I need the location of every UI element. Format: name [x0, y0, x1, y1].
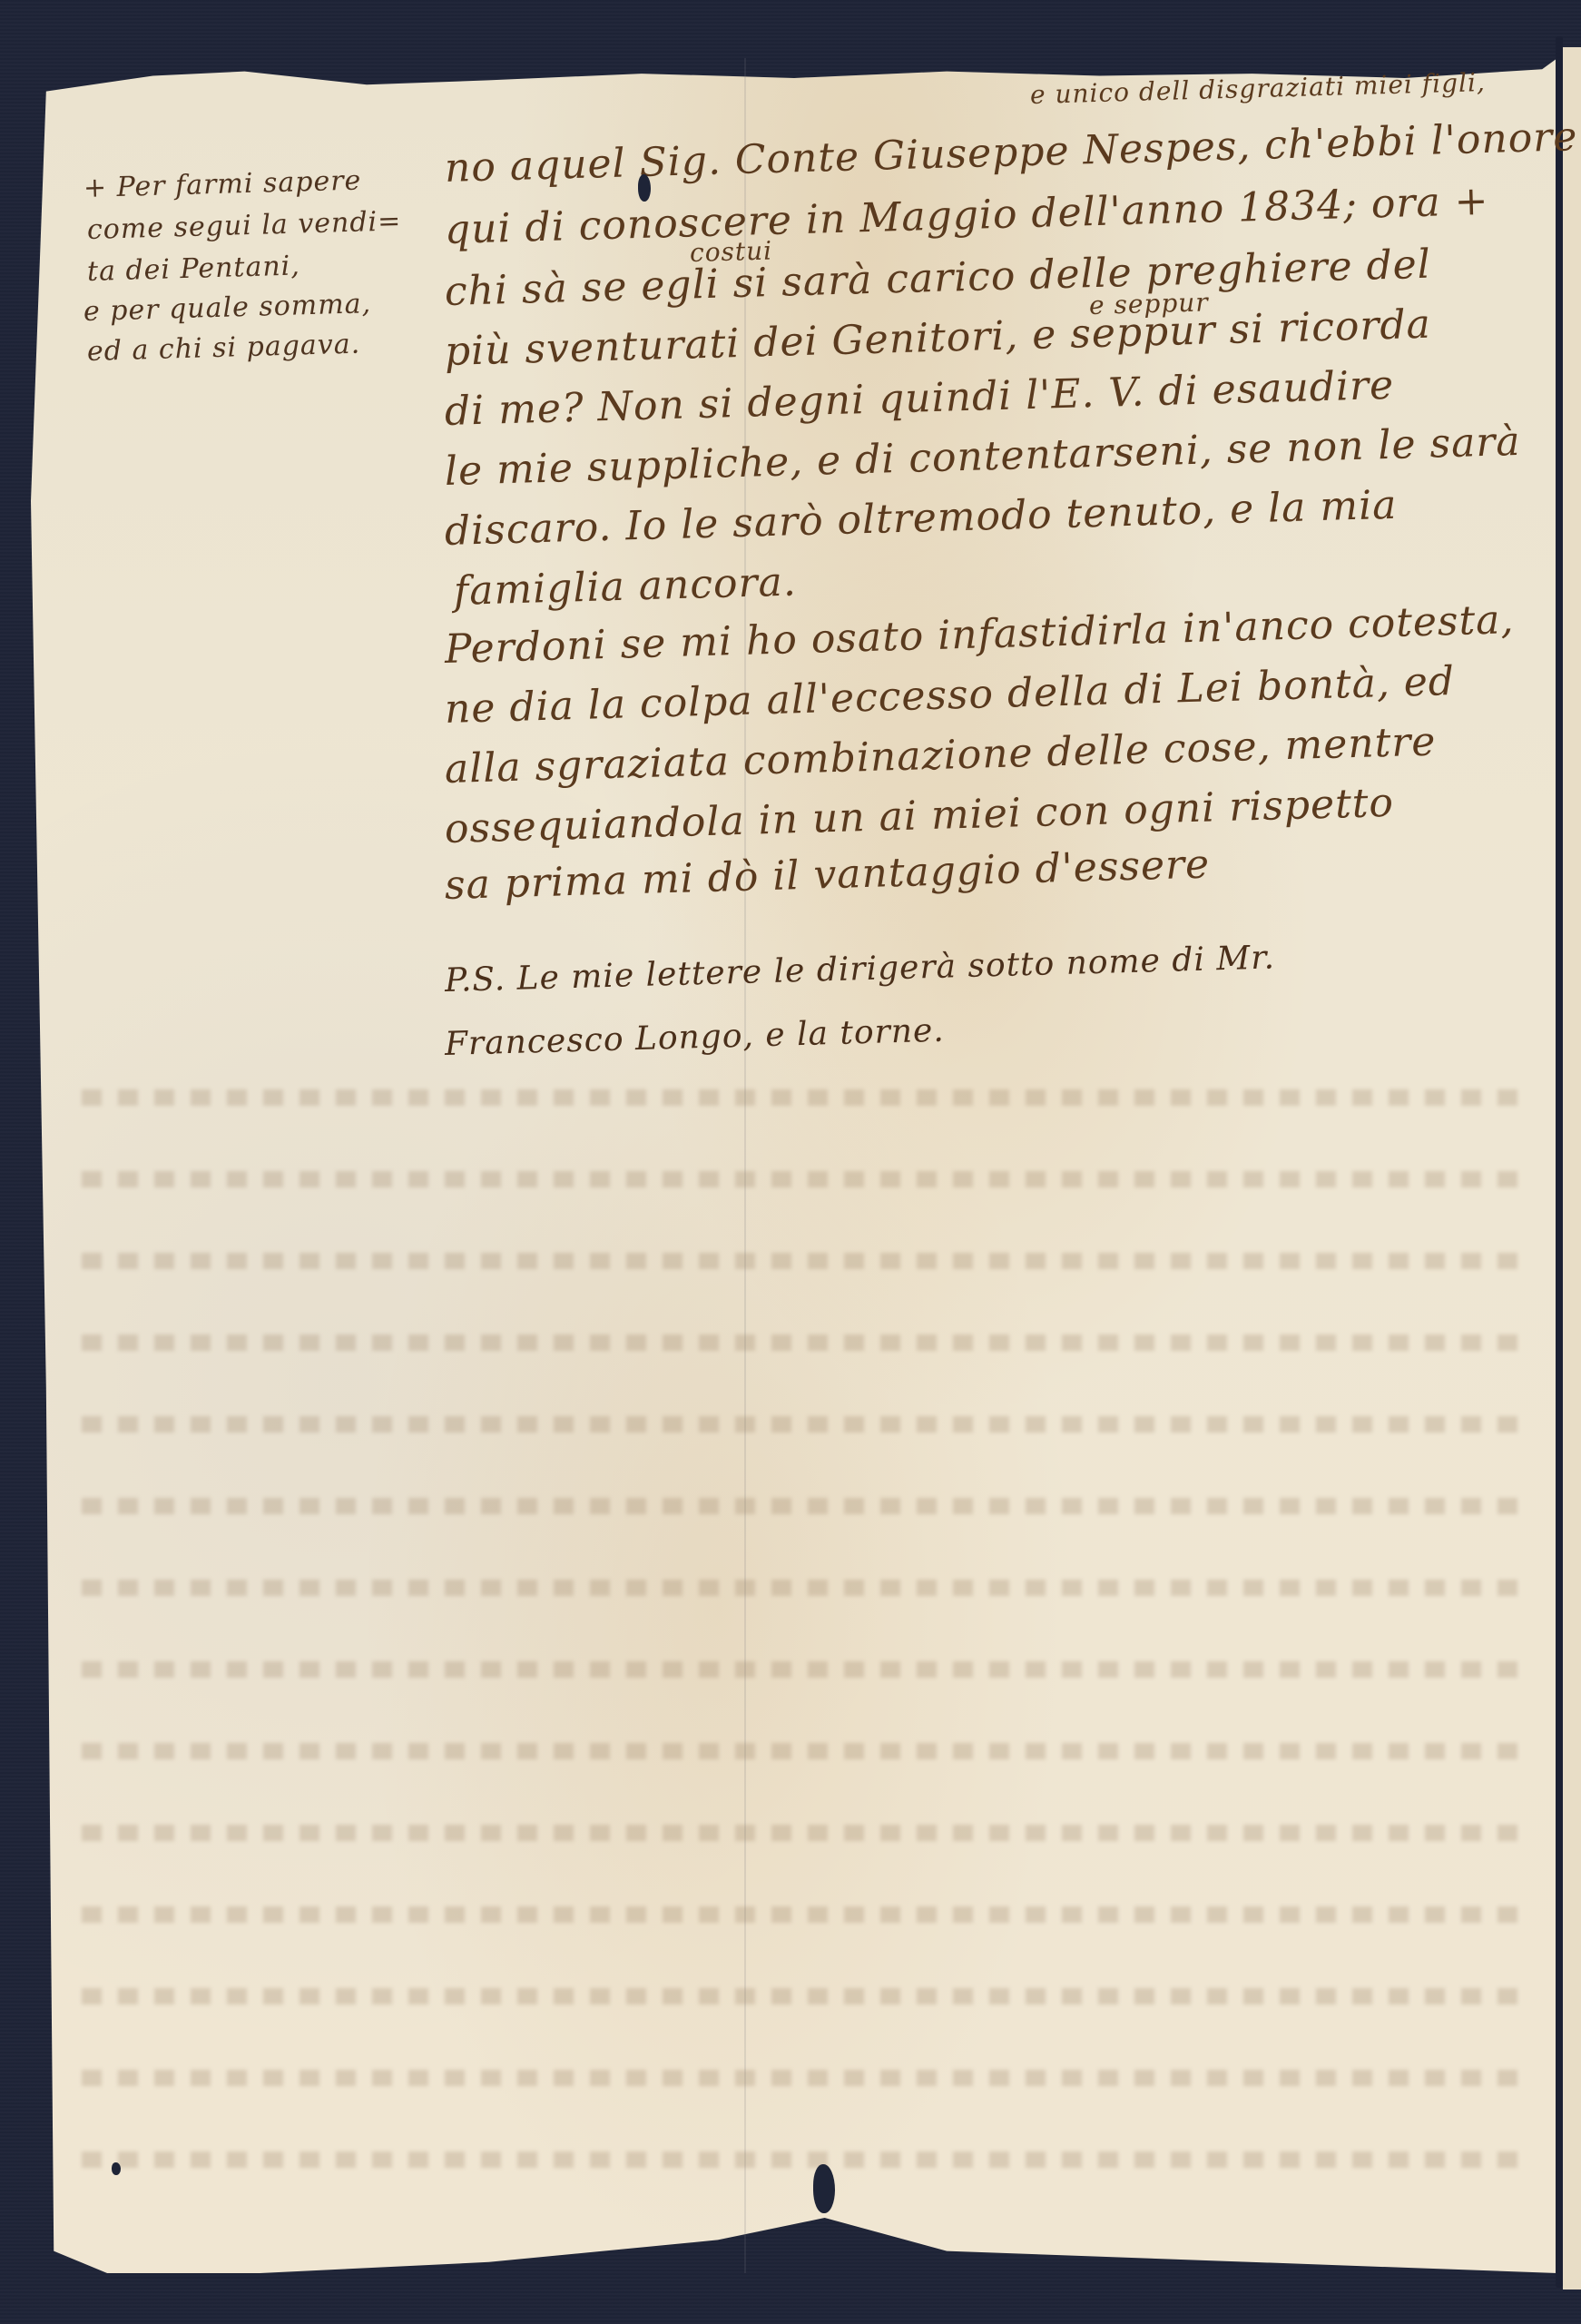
bleed-through-line — [82, 1661, 1527, 1678]
bleed-through-line — [82, 2070, 1527, 2086]
bleed-through-line — [82, 1334, 1527, 1351]
bleed-through-line — [82, 1089, 1527, 1106]
bleed-through-line — [82, 1988, 1527, 2004]
bleed-through-line — [82, 1825, 1527, 1841]
letter-line: famiglia ancora. — [453, 558, 797, 615]
bleed-through-line — [82, 1253, 1527, 1269]
paper-hole — [112, 2162, 121, 2175]
bleed-through-line — [82, 1416, 1527, 1433]
ink-blot — [638, 174, 651, 202]
page-gutter — [1556, 36, 1563, 2288]
bleed-through-line — [82, 1580, 1527, 1596]
bleed-through-line — [82, 1743, 1527, 1759]
paper-hole — [813, 2164, 835, 2213]
bleed-through-line — [82, 1498, 1527, 1514]
bleed-through-line — [82, 1171, 1527, 1187]
margin-note-line: ta dei Pentani, — [87, 250, 301, 288]
bleed-through-line — [82, 2152, 1527, 2168]
adjacent-page-edge — [1563, 47, 1581, 2290]
bleed-through-line — [82, 1906, 1527, 1923]
